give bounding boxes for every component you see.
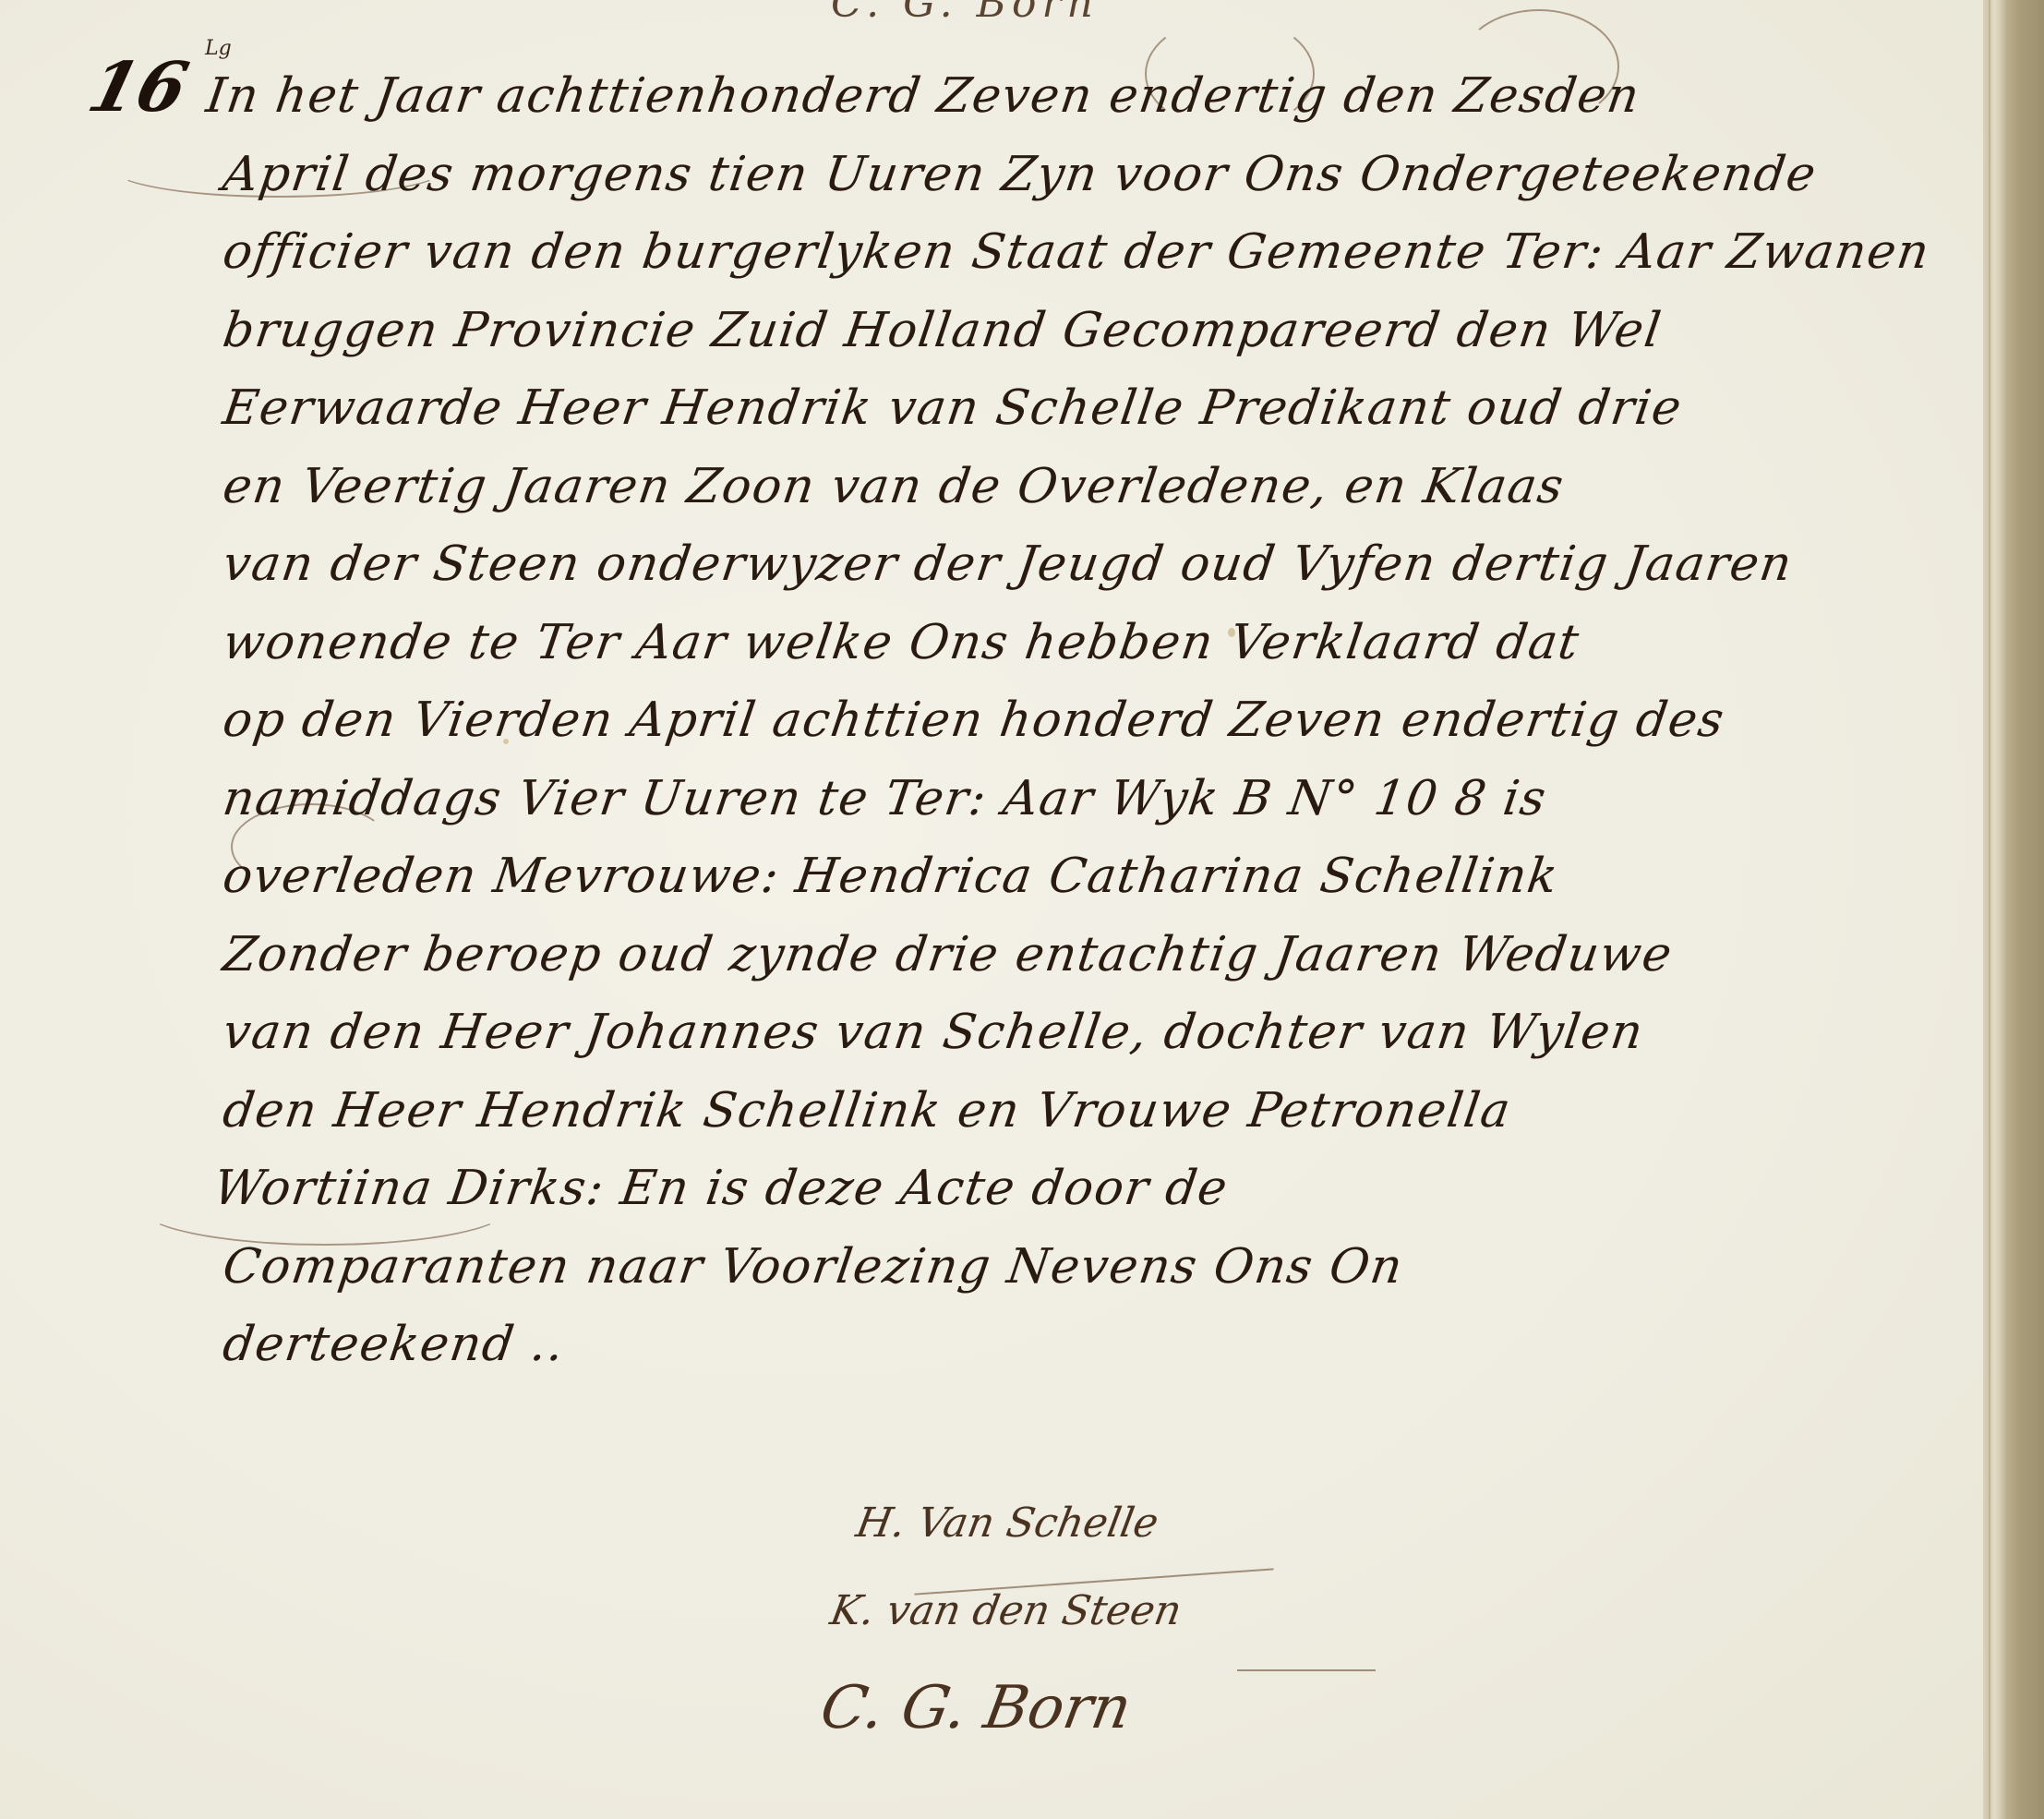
record-line: op den Vierden April achttien honderd Ze…	[201, 681, 1985, 760]
record-line: Comparanten naar Voorlezing Nevens Ons O…	[201, 1228, 1985, 1307]
signature-officer: C. G. Born	[812, 1657, 1467, 1759]
record-line: April des morgens tien Uuren Zyn voor On…	[201, 136, 1985, 214]
paper-speck	[503, 739, 509, 744]
record-line: namiddags Vier Uuren te Ter: Aar Wyk B N…	[201, 760, 1985, 838]
record-line: In het Jaar achttienhonderd Zeven endert…	[201, 57, 1985, 136]
record-body: In het Jaar achttienhonderd Zeven endert…	[201, 57, 1974, 1384]
record-line-deceased-name: overleden Mevrouwe: Hendrica Catharina S…	[201, 837, 1985, 916]
record-line: wonende te Ter Aar welke Ons hebben Verk…	[201, 604, 1985, 682]
record-line: derteekend ..	[201, 1306, 1985, 1384]
paper-speck	[1228, 628, 1235, 637]
page-binding-line	[1989, 0, 1990, 1819]
signature-underline	[1237, 1669, 1376, 1671]
header-signature-fragment: C. G. Born	[831, 0, 1099, 27]
record-line: den Heer Hendrik Schellink en Vrouwe Pet…	[201, 1072, 1985, 1150]
record-line: van der Steen onderwyzer der Jeugd oud V…	[201, 525, 1985, 604]
entry-number: 16	[80, 48, 195, 127]
signature-declarant-1: H. Van Schelle	[849, 1482, 1466, 1565]
document-page: C. G. Born 16 Lg In het Jaar achttienhon…	[0, 0, 1983, 1819]
page-binding-edge	[1983, 0, 2044, 1819]
record-line: en Veertig Jaaren Zoon van de Overledene…	[201, 448, 1985, 526]
record-line: van den Heer Johannes van Schelle, docht…	[201, 994, 1985, 1072]
record-line: bruggen Provincie Zuid Holland Gecompare…	[201, 292, 1985, 370]
record-line: Eerwaarde Heer Hendrik van Schelle Predi…	[201, 369, 1985, 448]
record-line: officier van den burgerlyken Staat der G…	[201, 213, 1985, 292]
record-line: Zonder beroep oud zynde drie entachtig J…	[201, 916, 1985, 994]
signature-block: H. Van Schelle K. van den Steen C. G. Bo…	[812, 1482, 1459, 1759]
record-line: Wortiina Dirks: En is deze Acte door de	[201, 1150, 1985, 1228]
